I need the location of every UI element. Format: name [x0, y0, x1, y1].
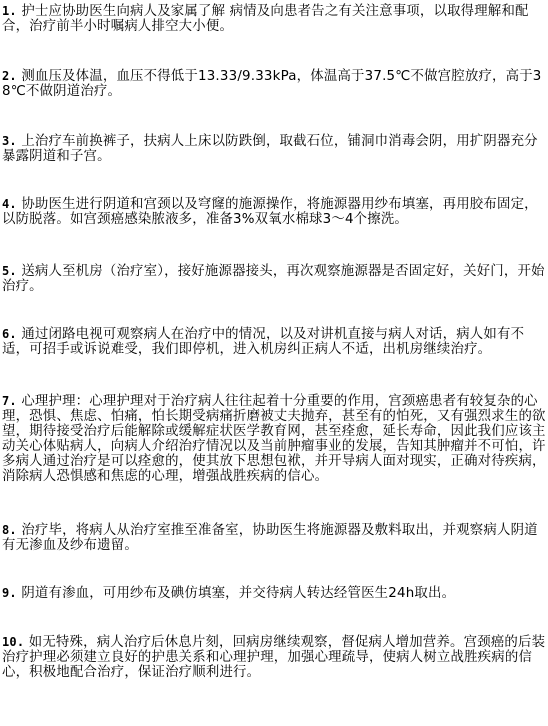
paragraph-7: 7. 心理护理：心理护理对于治疗病人往往起着十分重要的作用，宫颈癌患者有较复杂的… — [2, 394, 546, 484]
paragraph-number: 1. — [2, 4, 17, 18]
paragraph-text: 通过闭路电视可观察病人在治疗中的情况，以及对讲机直接与病人对话，病人如有不适，可… — [2, 327, 524, 357]
paragraph-3: 3. 上治疗车前换裤子，扶病人上床以防跌倒，取截石位，铺洞巾消毒会阴，用扩阴器充… — [2, 134, 546, 164]
paragraph-number: 10. — [2, 635, 24, 649]
paragraph-text: 如无特殊，病人治疗后休息片刻，回病房继续观察，督促病人增加营养。宫颈癌的后装治疗… — [2, 635, 545, 680]
paragraph-1: 1. 护士应协助医生向病人及家属了解 病情及向患者告之有关注意事项，以取得理解和… — [2, 4, 546, 34]
paragraph-number: 5. — [2, 264, 17, 278]
paragraph-text: 阴道有渗血，可用纱布及碘仿填塞，并交待病人转达经管医生24h取出。 — [17, 586, 455, 601]
document-body: 1. 护士应协助医生向病人及家属了解 病情及向患者告之有关注意事项，以取得理解和… — [0, 0, 548, 680]
paragraph-5: 5. 送病人至机房（治疗室），接好施源器接头，再次观察施源器是否固定好，关好门，… — [2, 264, 546, 294]
paragraph-text: 治疗毕，将病人从治疗室推至准备室，协助医生将施源器及敷料取出，并观察病人阴道有无… — [2, 523, 538, 553]
paragraph-9: 9. 阴道有渗血，可用纱布及碘仿填塞，并交待病人转达经管医生24h取出。 — [2, 586, 546, 601]
paragraph-6: 6. 通过闭路电视可观察病人在治疗中的情况，以及对讲机直接与病人对话，病人如有不… — [2, 327, 546, 357]
paragraph-4: 4. 协助医生进行阴道和宫颈以及穹窿的施源操作，将施源器用纱布填塞，再用胶布固定… — [2, 197, 546, 227]
paragraph-number: 8. — [2, 523, 17, 537]
paragraph-number: 3. — [2, 134, 17, 148]
paragraph-text: 上治疗车前换裤子，扶病人上床以防跌倒，取截石位，铺洞巾消毒会阴，用扩阴器充分暴露… — [2, 134, 538, 164]
paragraph-text: 测血压及体温，血压不得低于13.33/9.33kPa，体温高于37.5℃不做宫腔… — [2, 69, 542, 99]
paragraph-number: 7. — [2, 394, 17, 408]
paragraph-text: 心理护理：心理护理对于治疗病人往往起着十分重要的作用，宫颈癌患者有较复杂的心理，… — [2, 394, 546, 484]
paragraph-10: 10. 如无特殊，病人治疗后休息片刻，回病房继续观察，督促病人增加营养。宫颈癌的… — [2, 635, 546, 680]
paragraph-number: 6. — [2, 327, 17, 341]
paragraph-8: 8. 治疗毕，将病人从治疗室推至准备室，协助医生将施源器及敷料取出，并观察病人阴… — [2, 523, 546, 553]
paragraph-number: 2. — [2, 69, 17, 83]
paragraph-number: 9. — [2, 586, 17, 600]
paragraph-number: 4. — [2, 197, 17, 211]
paragraph-2: 2. 测血压及体温，血压不得低于13.33/9.33kPa，体温高于37.5℃不… — [2, 69, 546, 99]
paragraph-text: 送病人至机房（治疗室），接好施源器接头，再次观察施源器是否固定好，关好门，开始治… — [2, 264, 545, 294]
paragraph-text: 协助医生进行阴道和宫颈以及穹窿的施源操作，将施源器用纱布填塞，再用胶布固定，以防… — [2, 197, 538, 227]
paragraph-text: 护士应协助医生向病人及家属了解 病情及向患者告之有关注意事项，以取得理解和配合，… — [2, 4, 529, 34]
